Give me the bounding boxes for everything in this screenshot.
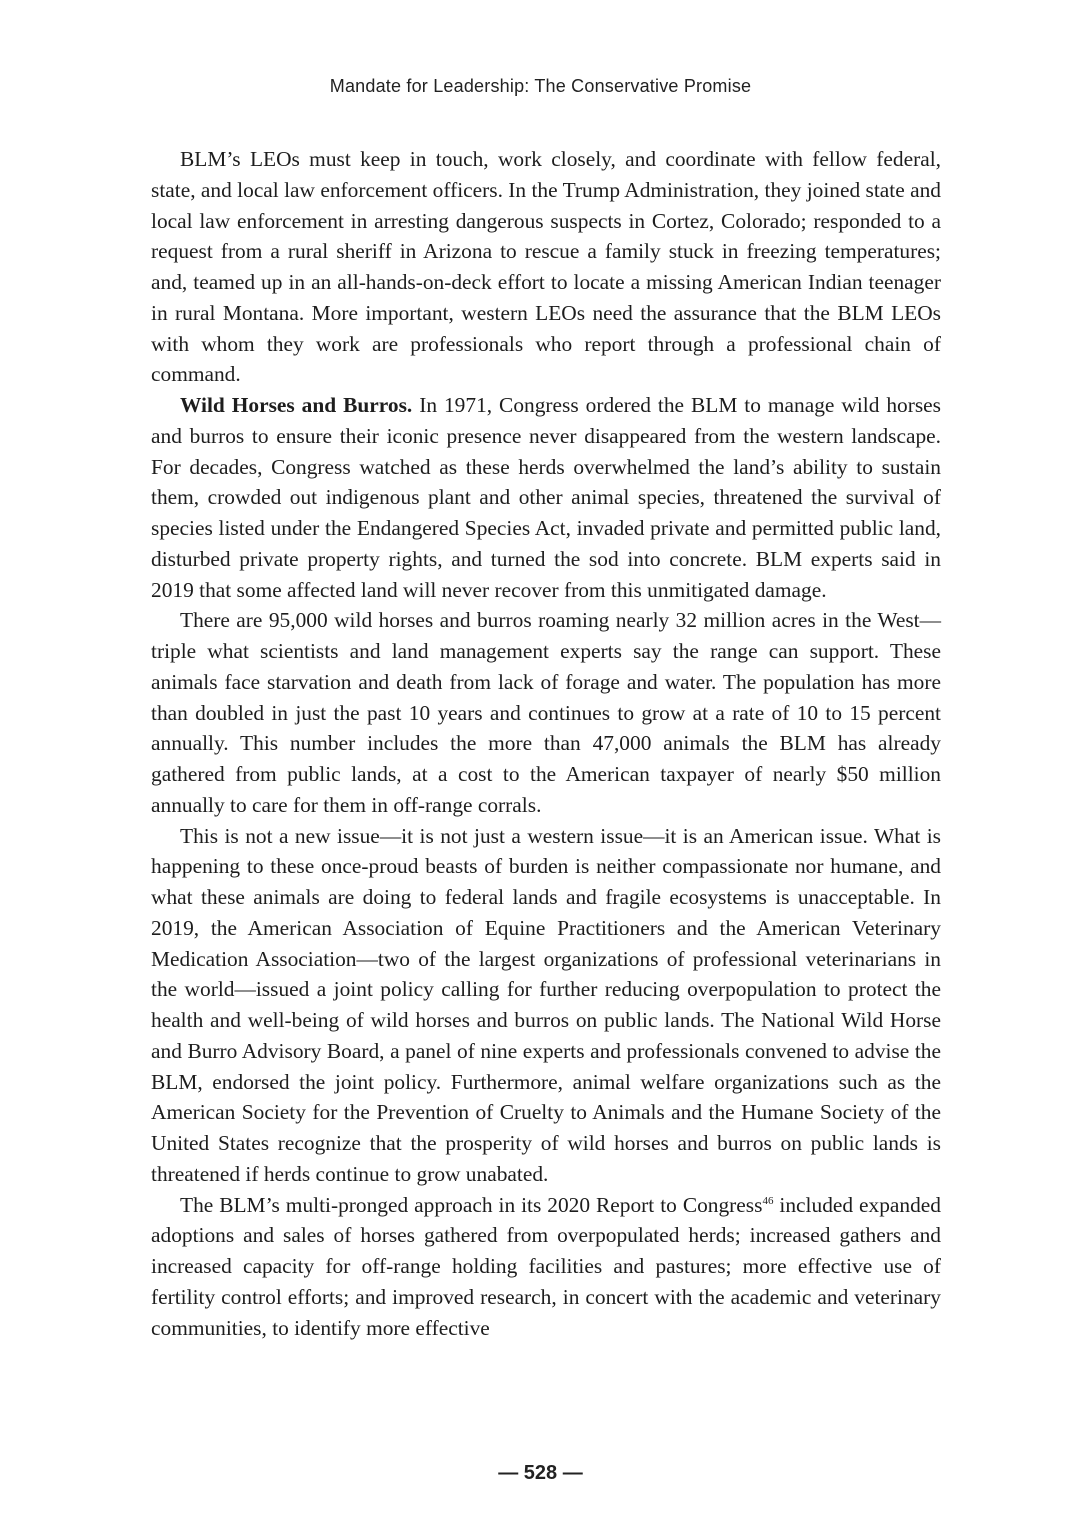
running-head: Mandate for Leadership: The Conservative… (0, 76, 1081, 97)
paragraph-wild-horses: Wild Horses and Burros. In 1971, Congres… (151, 390, 941, 605)
paragraph-population: There are 95,000 wild horses and burros … (151, 605, 941, 820)
paragraph-text: The BLM’s multi-pronged approach in its … (180, 1193, 762, 1217)
section-heading: Wild Horses and Burros. (180, 393, 412, 417)
paragraph-leos: BLM’s LEOs must keep in touch, work clos… (151, 144, 941, 390)
paragraph-american-issue: This is not a new issue—it is not just a… (151, 821, 941, 1190)
footnote-ref[interactable]: 46 (762, 1194, 773, 1206)
page-number: — 528 — (0, 1462, 1081, 1485)
body-text: BLM’s LEOs must keep in touch, work clos… (151, 144, 941, 1343)
paragraph-report-to-congress: The BLM’s multi-pronged approach in its … (151, 1190, 941, 1344)
paragraph-text: In 1971, Congress ordered the BLM to man… (151, 393, 941, 602)
